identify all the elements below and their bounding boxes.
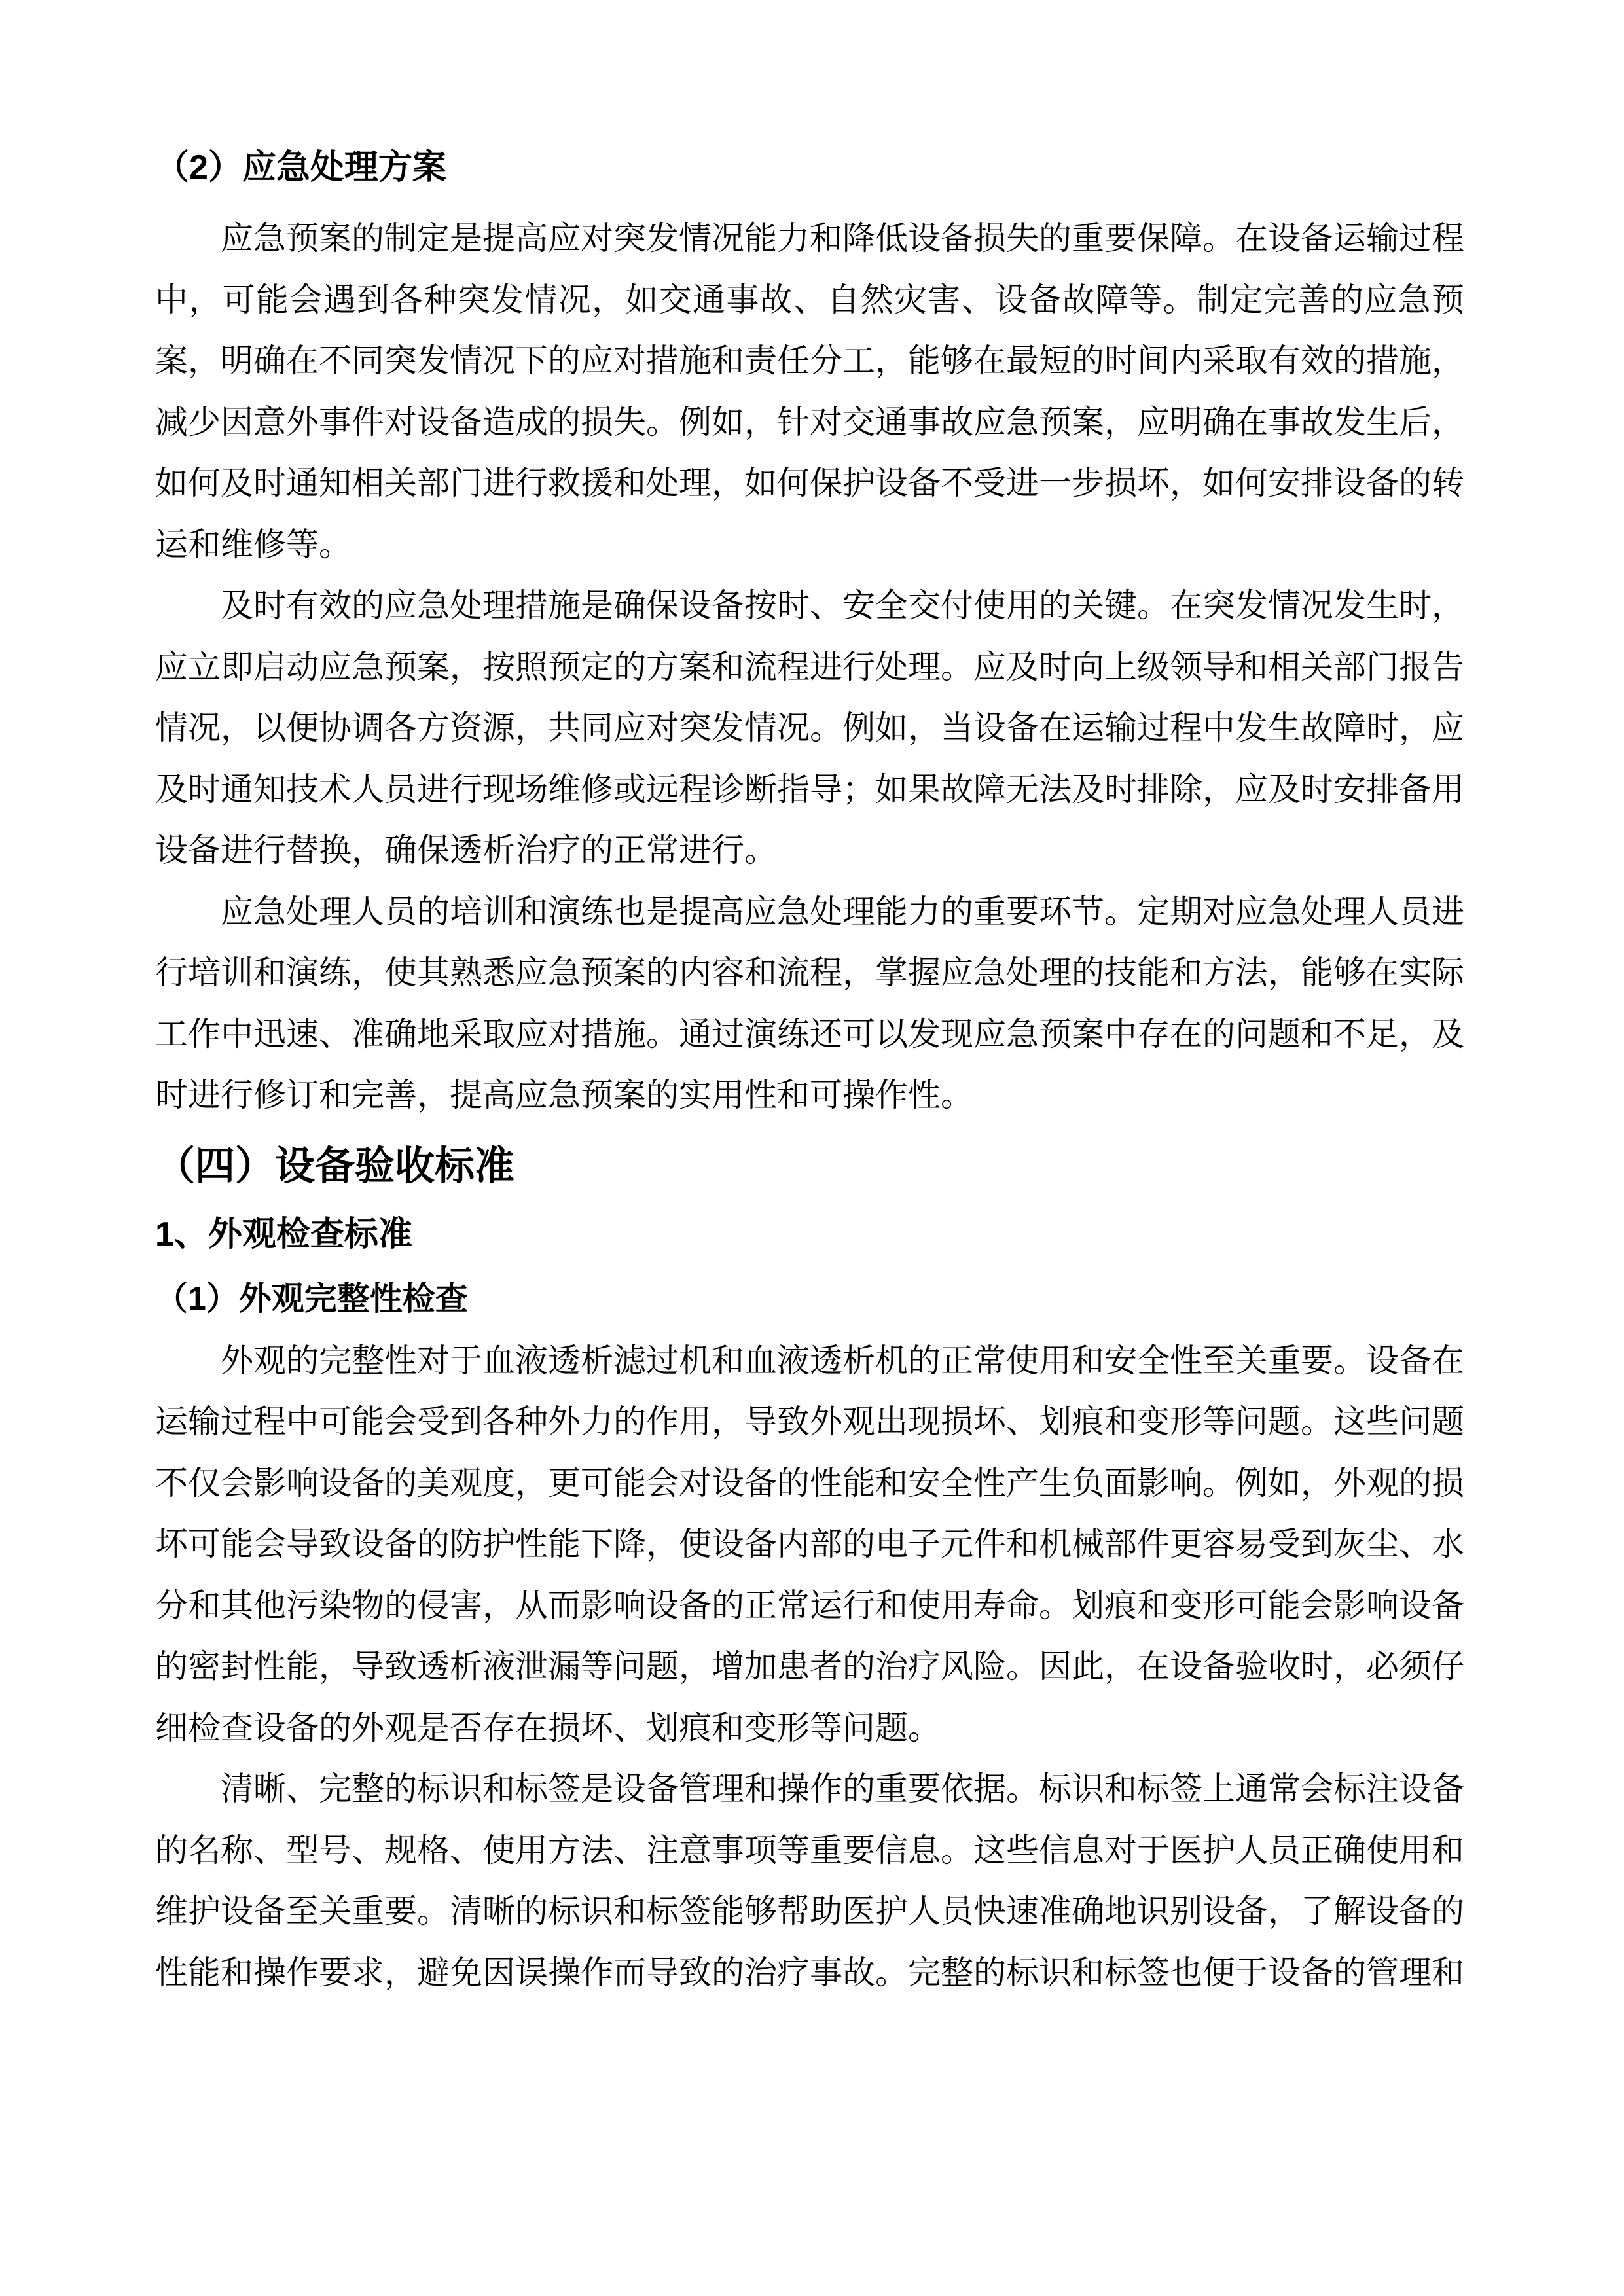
document-page: （2）应急处理方案 应急预案的制定是提高应对突发情况能力和降低设备损失的重要保障… bbox=[0, 0, 1624, 2296]
paragraph-personnel-training-drills: 应急处理人员的培训和演练也是提高应急处理能力的重要环节。定期对应急处理人员进行培… bbox=[155, 882, 1464, 1126]
paragraph-emergency-plan-formulation: 应急预案的制定是提高应对突发情况能力和降低设备损失的重要保障。在设备运输过程中，… bbox=[155, 208, 1464, 575]
heading-appearance-integrity-check: （1）外观完整性检查 bbox=[155, 1274, 1464, 1323]
paragraph-timely-emergency-measures: 及时有效的应急处理措施是确保设备按时、安全交付使用的关键。在突发情况发生时，应立… bbox=[155, 575, 1464, 882]
paragraph-labels-and-markings: 清晰、完整的标识和标签是设备管理和操作的重要依据。标识和标签上通常会标注设备的名… bbox=[155, 1759, 1464, 2003]
paragraph-appearance-integrity: 外观的完整性对于血液透析滤过机和血液透析机的正常使用和安全性至关重要。设备在运输… bbox=[155, 1331, 1464, 1759]
heading-emergency-response-plan: （2）应急处理方案 bbox=[155, 143, 1464, 192]
heading-equipment-acceptance-standards: （四）设备验收标准 bbox=[155, 1137, 1464, 1194]
heading-appearance-inspection-standard: 1、外观检查标准 bbox=[155, 1210, 1464, 1259]
